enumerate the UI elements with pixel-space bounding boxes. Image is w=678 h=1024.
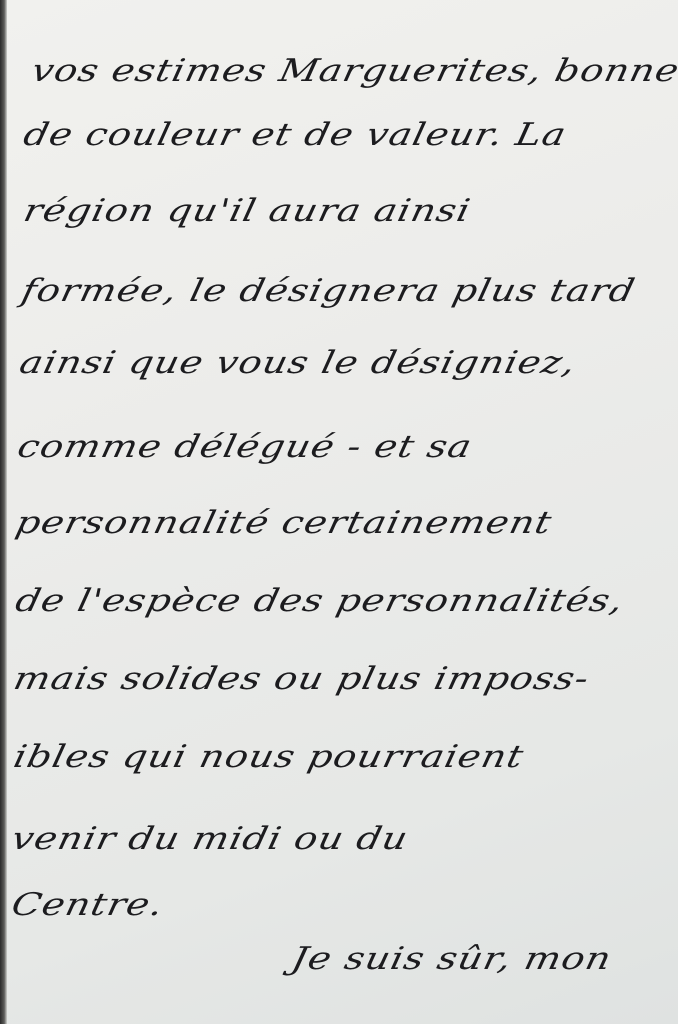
- page-binding-edge: [0, 0, 7, 1024]
- handwritten-line-2: de couleur et de valeur. La: [21, 119, 570, 150]
- handwritten-line-4: formée, le désignera plus tard: [19, 275, 638, 306]
- handwritten-line-10: ibles qui nous pourraient: [11, 741, 527, 772]
- handwritten-line-3: région qu'il aura ainsi: [21, 195, 474, 226]
- handwritten-line-8: de l'espèce des personnalités,: [13, 585, 627, 616]
- handwritten-line-12: Centre.: [9, 889, 167, 920]
- handwritten-line-5: ainsi que vous le désigniez,: [17, 347, 579, 378]
- handwritten-line-13: Je suis sûr, mon: [289, 943, 615, 974]
- handwritten-line-1: vos estimes Marguerites, bonne: [29, 55, 678, 86]
- letter-page: vos estimes Marguerites, bonne de couleu…: [7, 0, 678, 1024]
- handwritten-line-11: venir du midi ou du: [9, 823, 411, 854]
- handwritten-line-6: comme délégué - et sa: [15, 431, 475, 462]
- handwritten-line-9: mais solides ou plus imposs-: [11, 663, 592, 694]
- handwritten-line-7: personnalité certainement: [13, 507, 555, 538]
